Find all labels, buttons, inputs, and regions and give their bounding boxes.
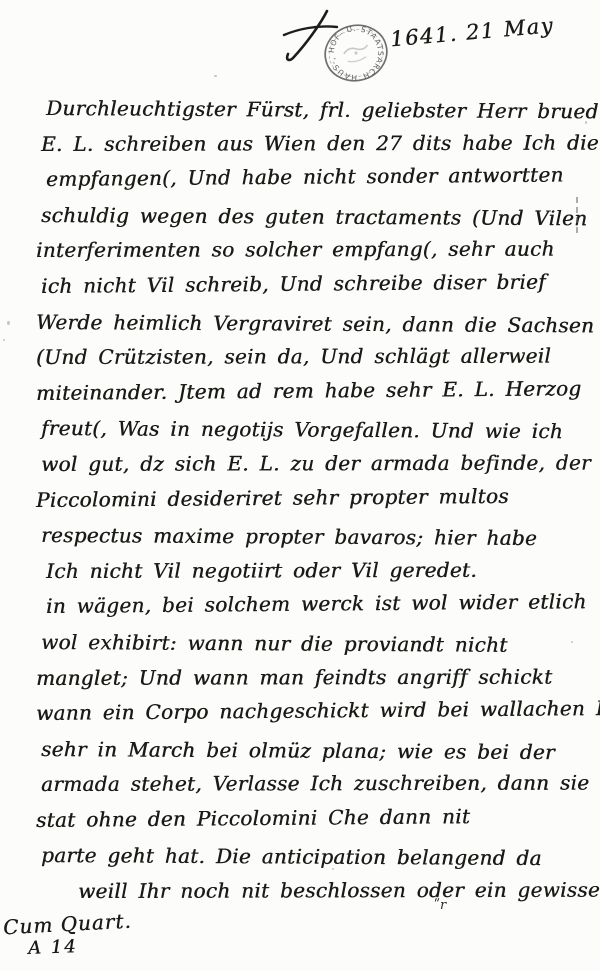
- letter-line: E. L. schreiben aus Wien den 27 dits hab…: [41, 125, 584, 162]
- letter-line: in wägen, bei solchem werck ist wol wide…: [46, 585, 584, 625]
- ink-speck: [3, 339, 5, 341]
- letter-line: interferimenten so solcher empfang(, seh…: [36, 232, 584, 269]
- letter-line: armada stehet, Verlasse Ich zuschreiben,…: [41, 766, 584, 803]
- letter-line: manglet; Und wann man feindts angriff sc…: [36, 659, 584, 696]
- ink-speck: [332, 868, 334, 870]
- letter-line: weill Ihr noch nit beschlossen oder ein …: [78, 873, 584, 910]
- stamp-text: HAUS-, HOF- U. STAATSARCHIV: [317, 21, 391, 87]
- margin-dash-mark: [576, 197, 578, 233]
- date-annotation: 1641. 21 May: [389, 13, 560, 52]
- letter-line: empfangen(, Und habe nicht sonder antwor…: [46, 157, 584, 197]
- archival-note: Cum Quart.: [2, 909, 132, 940]
- letter-line: stat ohne den Piccolomini Che dann nit: [36, 798, 584, 838]
- letter-line: wann ein Corpo nachgeschickt wird bei wa…: [36, 691, 584, 731]
- ink-speck: [571, 641, 573, 643]
- letter-line: freut(, Was in negotijs Vorgefallen. Und…: [41, 411, 584, 450]
- ink-speck: [214, 75, 217, 77]
- letter-line: Werde heimlich Vergraviret sein, dann di…: [36, 305, 584, 344]
- ink-speck: [585, 121, 587, 124]
- letter-line: sehr in March bei olmüz plana; wie es be…: [41, 732, 584, 771]
- letter-line: respectus maxime propter bavaros; hier h…: [41, 518, 584, 557]
- letter-line: wol exhibirt: wann nur die proviandt nic…: [41, 625, 584, 664]
- page-mark: ʺr: [434, 898, 446, 913]
- manuscript-page: HAUS-, HOF- U. STAATSARCHIV 1641. 21 May…: [0, 0, 600, 970]
- letter-line: Ich nicht Vil negotiirt oder Vil geredet…: [46, 552, 584, 589]
- svg-text:HAUS-, HOF- U. STAATSARCHIV: HAUS-, HOF- U. STAATSARCHIV: [317, 21, 391, 87]
- ink-speck: [7, 321, 10, 325]
- letter-line: ich nicht Vil schreib, Und schreibe dise…: [41, 264, 584, 304]
- letter-line: parte geht hat. Die anticipation belange…: [41, 838, 584, 877]
- letter-line: Piccolomini desideriret sehr propter mul…: [36, 478, 584, 518]
- letter-line: miteinander. Jtem ad rem habe sehr E. L.…: [36, 371, 584, 411]
- archive-stamp: HAUS-, HOF- U. STAATSARCHIV: [317, 21, 395, 87]
- letter-line: wol gut, dz sich E. L. zu der armada bef…: [41, 446, 584, 483]
- letter-line: Durchleuchtigster Fürst, frl. geliebster…: [46, 91, 584, 130]
- archival-shelfmark: A 14: [28, 936, 78, 959]
- letter-body: Durchleuchtigster Fürst, frl. geliebster…: [36, 91, 584, 910]
- letter-line: (Und Crützisten, sein da, Und schlägt al…: [36, 339, 584, 376]
